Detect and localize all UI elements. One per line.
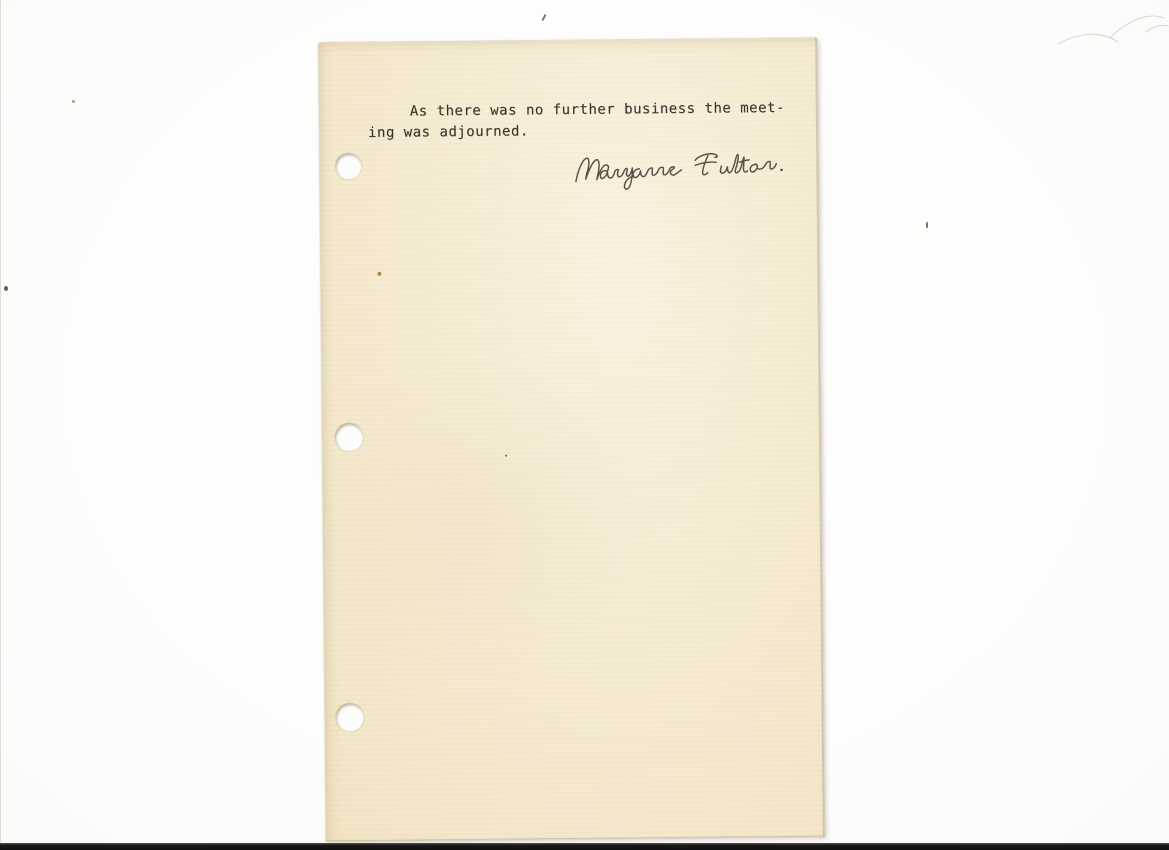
- signature-drawing: [570, 137, 788, 199]
- paper-stain-speck: [377, 272, 381, 276]
- paper-sheet: As there was no further business the mee…: [318, 38, 825, 842]
- typewritten-line-2: ing was adjourned.: [368, 121, 529, 143]
- dust-speck: [72, 100, 75, 103]
- dust-speck: [4, 286, 8, 291]
- punch-hole-bottom: [336, 703, 364, 731]
- scanner-scratch-marks: [1050, 2, 1169, 62]
- punch-hole-middle: [335, 423, 363, 451]
- punch-hole-top: [335, 153, 361, 179]
- scanned-image: As there was no further business the mee…: [0, 0, 1169, 850]
- scan-edge-line: [0, 0, 1, 850]
- signature: Maryanne Fulton.: [570, 137, 788, 199]
- typewritten-line-1: As there was no further business the mee…: [410, 98, 785, 122]
- paper-dust-speck: [505, 455, 507, 457]
- scanner-edge-bar: [0, 843, 1169, 850]
- dust-speck: [541, 14, 546, 21]
- dust-speck: [926, 222, 928, 228]
